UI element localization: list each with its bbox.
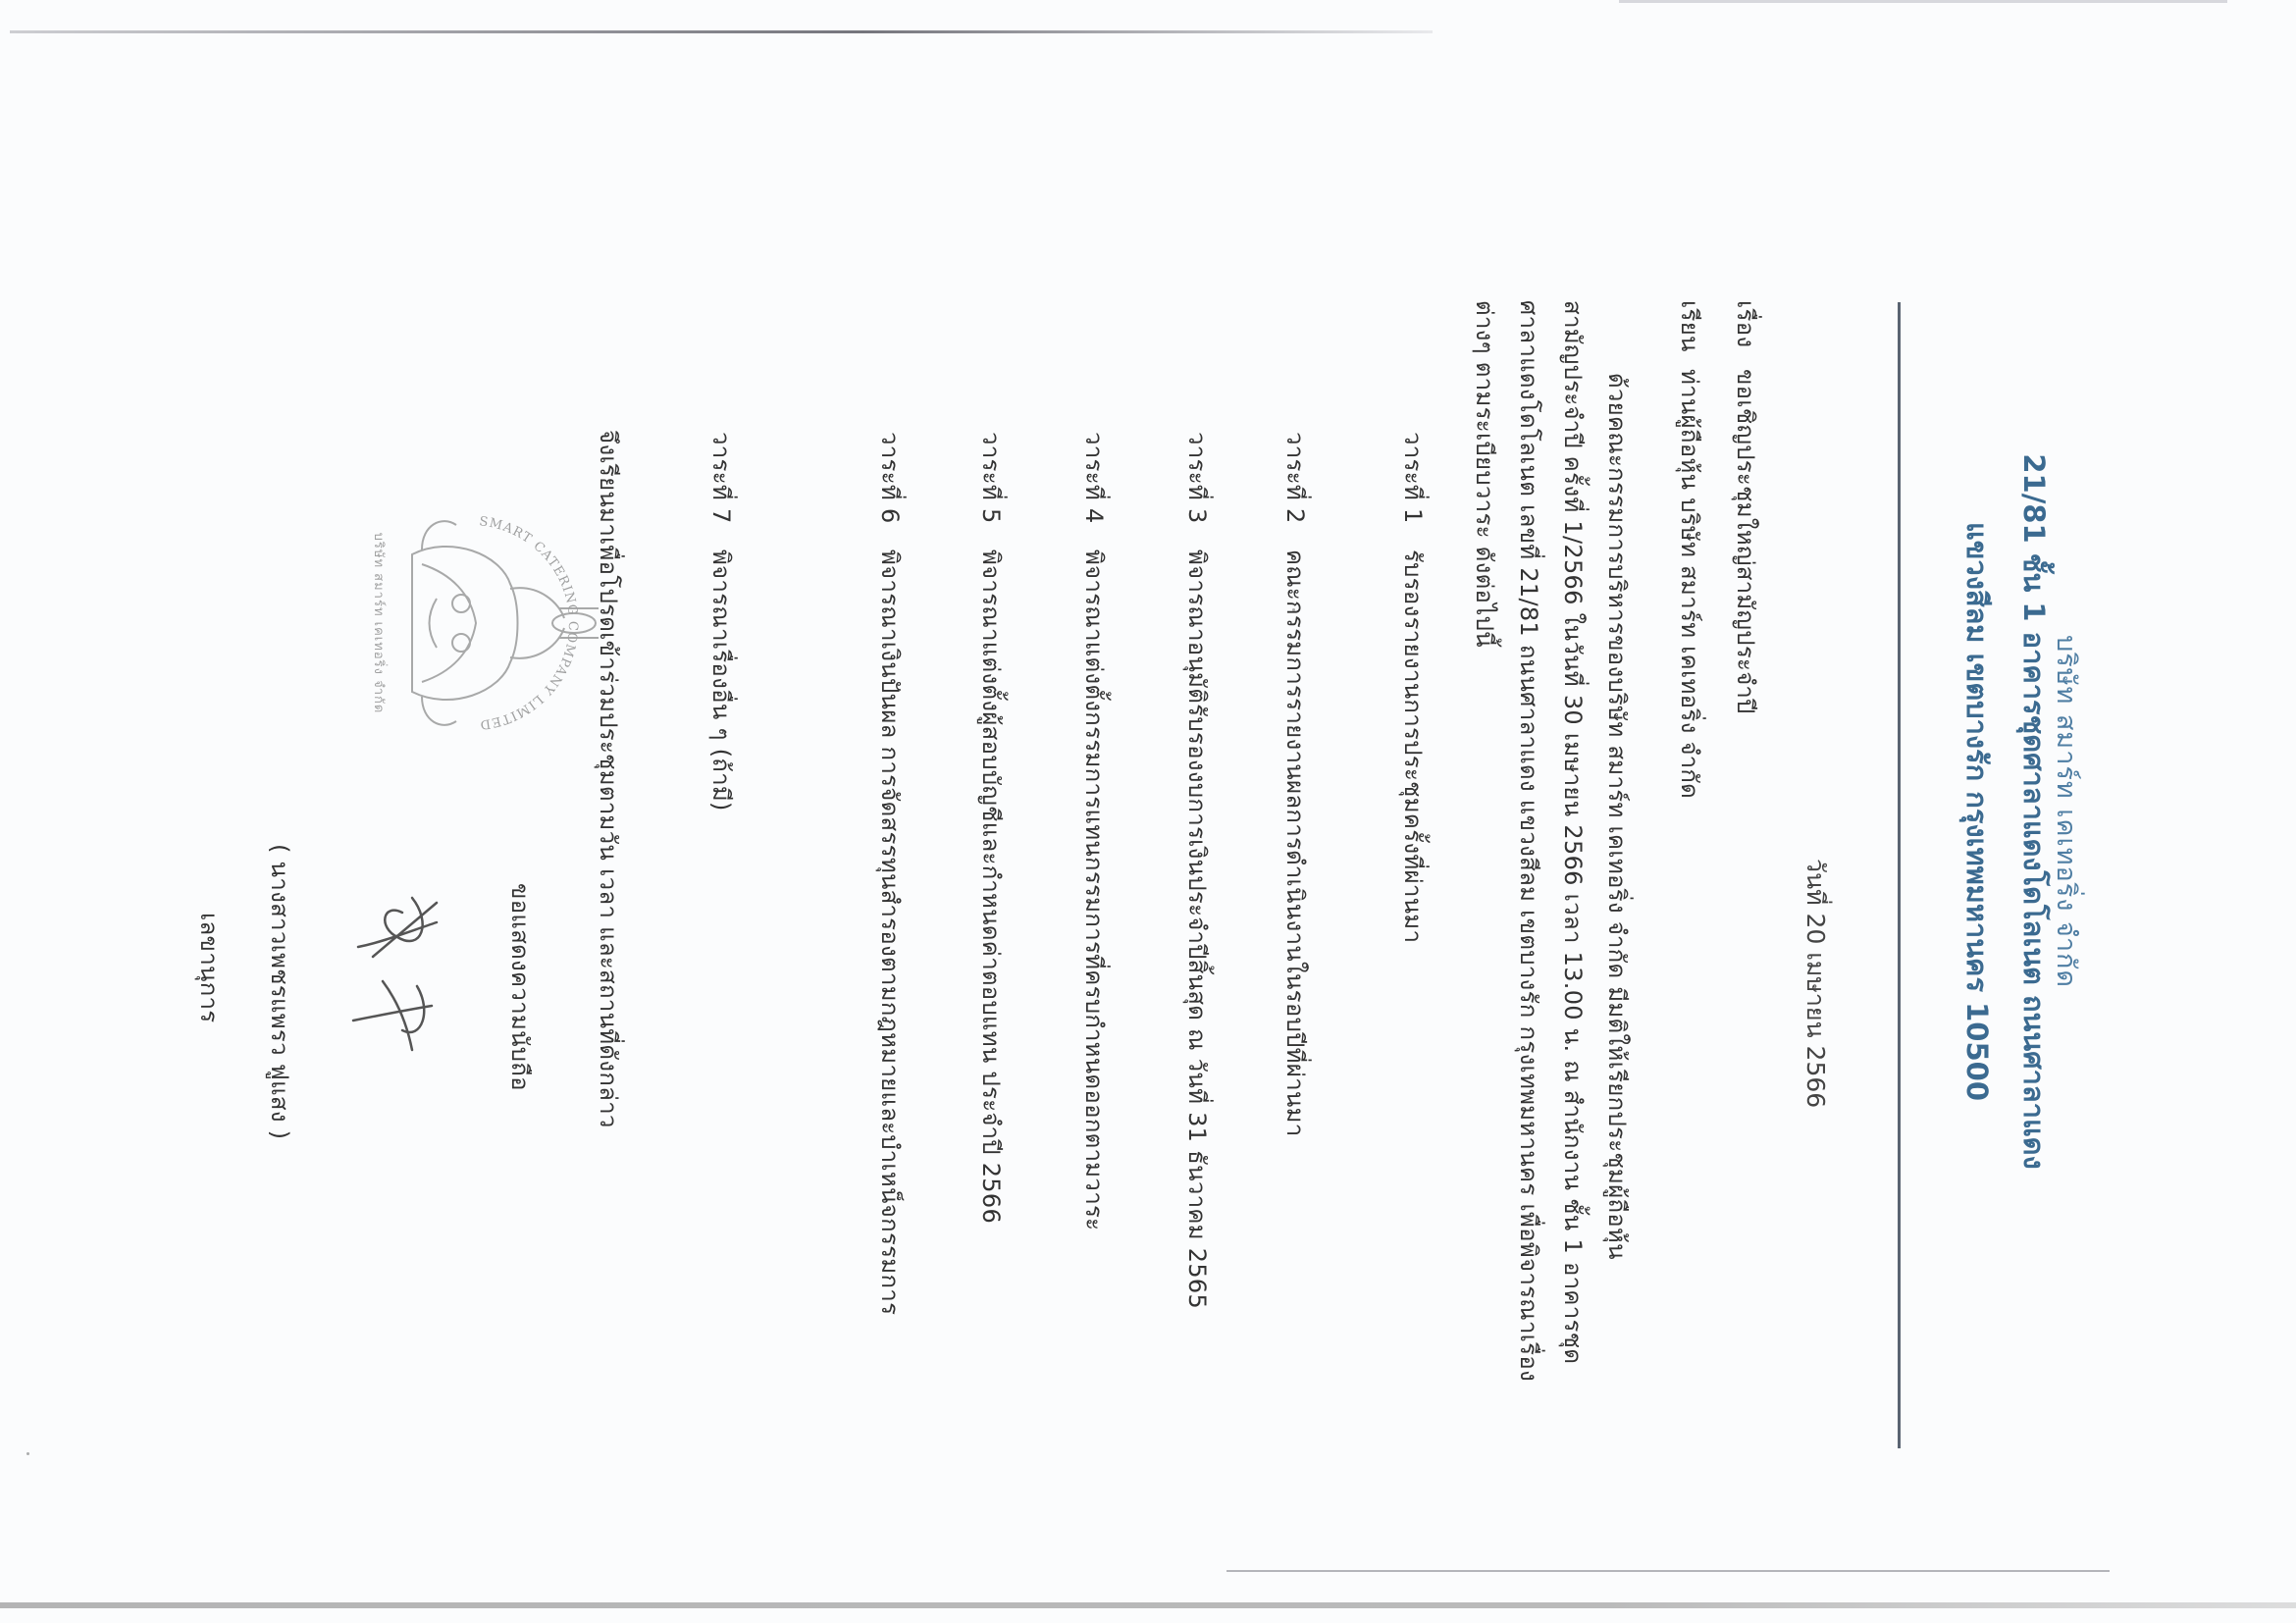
svg-text:SMART CATERING COMPANY LIMITED: SMART CATERING COMPANY LIMITED xyxy=(478,514,580,731)
agenda-item: วาระที่ 5 พิจารณาแต่งตั้งผู้สอบบัญชีและก… xyxy=(972,432,1011,1224)
agenda-number: วาระที่ 7 xyxy=(703,432,741,542)
agenda-number: วาระที่ 1 xyxy=(1394,432,1433,542)
letter-page: บริษัท สมาร์ท เคเทอริ่ง จำกัด 21/81 ชั้น… xyxy=(0,0,2296,1623)
agenda-item: วาระที่ 2 คณะกรรมการรายงานผลการดำเนินงาน… xyxy=(1277,432,1315,1137)
agenda-text: พิจารณาอนุมัติรับรองงบการเงินประจำปีสิ้น… xyxy=(1183,550,1211,1309)
agenda-number: วาระที่ 2 xyxy=(1277,432,1315,542)
signature-icon xyxy=(343,883,451,1060)
agenda-item: วาระที่ 4 พิจารณาแต่งตั้งกรรมการแทนกรรมก… xyxy=(1075,432,1114,1230)
scan-speck xyxy=(26,1452,29,1455)
scan-speck xyxy=(1292,608,1295,611)
agenda-text: รับรองรายงานการประชุมครั้งที่ผ่านมา xyxy=(1399,550,1427,943)
agenda-number: วาระที่ 4 xyxy=(1075,432,1114,542)
agenda-text: คณะกรรมการรายงานผลการดำเนินงานในรอบปีที่… xyxy=(1281,550,1309,1137)
recipient-text: ท่านผู้ถือหุ้น บริษัท สมาร์ท เคเทอริ่ง จ… xyxy=(1676,369,1703,799)
agenda-number: วาระที่ 3 xyxy=(1178,432,1217,542)
svg-text:บริษัท สมาร์ท เคเทอริ่ง จำกัด: บริษัท สมาร์ท เคเทอริ่ง จำกัด xyxy=(371,533,388,714)
letter-date: วันที่ 20 เมษายน 2566 xyxy=(1796,859,1835,1108)
agenda-item: วาระที่ 3 พิจารณาอนุมัติรับรองงบการเงินป… xyxy=(1178,432,1217,1309)
regards-line: ขอแสดงความนับถือ xyxy=(501,883,540,1091)
signatory-title: เลขานุการ xyxy=(190,913,229,1023)
company-address-line-2: แขวงสีลม เขตบางรัก กรุงเทพมหานคร 10500 xyxy=(1955,0,2000,1623)
signatory-name: ( นางสาวเพชรแพรว ฟูแสง ) xyxy=(261,844,299,1139)
recipient-row: เรียน ท่านผู้ถือหุ้น บริษัท สมาร์ท เคเทอ… xyxy=(1671,300,1709,799)
agenda-text: พิจารณาแต่งตั้งผู้สอบบัญชีและกำหนดค่าตอบ… xyxy=(977,550,1005,1224)
company-address-line-1: 21/81 ชั้น 1 อาคารชุดศาลาแดงโดโลเนต ถนนศ… xyxy=(2011,0,2057,1623)
subject-label: เรื่อง xyxy=(1727,300,1765,361)
letterhead-divider xyxy=(1898,302,1901,1448)
body-line-2: สามัญประจำปี ครั้งที่ 1/2566 ในวันที่ 30… xyxy=(1554,300,1592,1364)
recipient-label: เรียน xyxy=(1671,300,1709,361)
agenda-text: พิจารณาแต่งตั้งกรรมการแทนกรรมการที่ครบกำ… xyxy=(1080,550,1108,1230)
agenda-item: วาระที่ 6 พิจารณาเงินปันผล การจัดสรรทุนส… xyxy=(871,432,910,1315)
subject-row: เรื่อง ขอเชิญประชุมใหญ่สามัญประจำปี xyxy=(1727,300,1765,714)
subject-text: ขอเชิญประชุมใหญ่สามัญประจำปี xyxy=(1732,369,1759,714)
company-seal-icon: SMART CATERING COMPANY LIMITED บริษัท สม… xyxy=(363,496,618,751)
agenda-item: วาระที่ 1 รับรองรายงานการประชุมครั้งที่ผ… xyxy=(1394,432,1433,943)
agenda-text: พิจารณาเงินปันผล การจัดสรรทุนสำรองตามกฎห… xyxy=(876,550,904,1315)
body-line-3: ศาลาแดงโดโลเนต เลขที่ 21/81 ถนนศาลาแดง แ… xyxy=(1510,300,1548,1382)
body-line-4: ต่างๆ ตามระเบียบวาระ ดังต่อไปนี้ xyxy=(1466,300,1504,648)
agenda-text: พิจารณาเรื่องอื่น ๆ (ถ้ามี) xyxy=(707,550,735,811)
agenda-number: วาระที่ 6 xyxy=(871,432,910,542)
agenda-item: วาระที่ 7 พิจารณาเรื่องอื่น ๆ (ถ้ามี) xyxy=(703,432,741,811)
scanned-document: บริษัท สมาร์ท เคเทอริ่ง จำกัด 21/81 ชั้น… xyxy=(0,0,2296,1623)
body-line-1: ด้วยคณะกรรมการบริหารของบริษัท สมาร์ท เคเ… xyxy=(1598,373,1637,1260)
agenda-number: วาระที่ 5 xyxy=(972,432,1011,542)
